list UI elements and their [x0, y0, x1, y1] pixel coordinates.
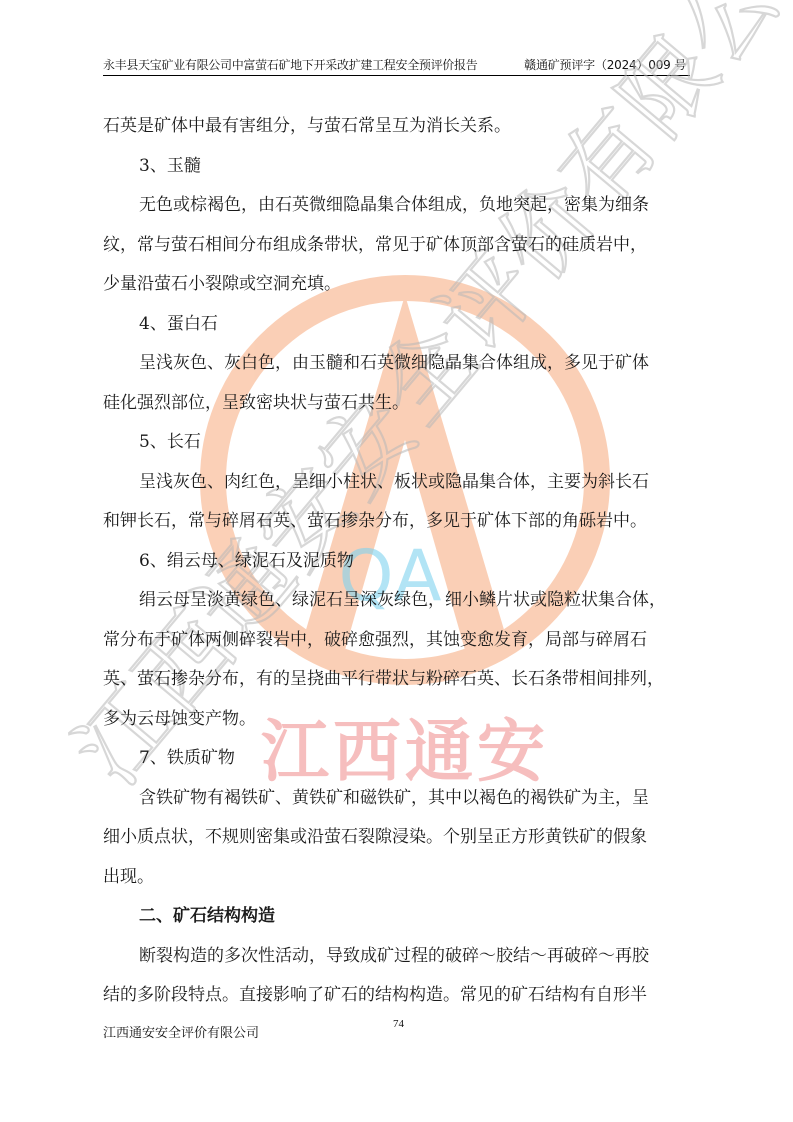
body-paragraph-line: 英、萤石掺杂分布，有的呈挠曲平行带状与粉碎石英、长石条带相间排列，	[103, 660, 691, 700]
body-paragraph-line: 断裂构造的多次性活动，导致成矿过程的破碎～胶结～再破碎～再胶	[103, 937, 691, 977]
body-paragraph-line: 呈浅灰色、肉红色，呈细小柱状、板状或隐晶集合体，主要为斜长石	[103, 463, 691, 503]
document-number: 赣通矿预评字（2024）009 号	[524, 56, 686, 74]
document-page: 永丰县天宝矿业有限公司中富萤石矿地下开采改扩建工程安全预评价报告 赣通矿预评字（…	[0, 0, 793, 1122]
body-paragraph-line: 硅化强烈部位，呈致密块状与萤石共生。	[103, 384, 691, 424]
body-paragraph-line: 细小质点状，不规则密集或沿萤石裂隙浸染。个别呈正方形黄铁矿的假象	[103, 818, 691, 858]
body-paragraph-line: 石英是矿体中最有害组分，与萤石常呈互为消长关系。	[103, 107, 691, 147]
subheading: 7、铁质矿物	[103, 739, 691, 779]
body-paragraph-line: 纹，常与萤石相间分布组成条带状，常见于矿体顶部含萤石的硅质岩中，	[103, 226, 691, 266]
body-paragraph-line: 多为云母蚀变产物。	[103, 700, 691, 740]
report-title: 永丰县天宝矿业有限公司中富萤石矿地下开采改扩建工程安全预评价报告	[103, 56, 477, 74]
body-paragraph-line: 少量沿萤石小裂隙或空洞充填。	[103, 265, 691, 305]
subheading: 6、绢云母、绿泥石及泥质物	[103, 542, 691, 582]
body-paragraph-line: 绢云母呈淡黄绿色、绿泥石呈深灰绿色，细小鳞片状或隐粒状集合体，	[103, 581, 691, 621]
document-body: 石英是矿体中最有害组分，与萤石常呈互为消长关系。3、玉髓无色或棕褐色，由石英微细…	[103, 107, 691, 1016]
subheading: 4、蛋白石	[103, 305, 691, 345]
body-paragraph-line: 含铁矿物有褐铁矿、黄铁矿和磁铁矿，其中以褐色的褐铁矿为主，呈	[103, 779, 691, 819]
section-heading: 二、矿石结构构造	[103, 897, 691, 937]
body-paragraph-line: 无色或棕褐色，由石英微细隐晶集合体组成，负地突起，密集为细条	[103, 186, 691, 226]
body-paragraph-line: 结的多阶段特点。直接影响了矿石的结构构造。常见的矿石结构有自形半	[103, 976, 691, 1016]
body-paragraph-line: 出现。	[103, 858, 691, 898]
body-paragraph-line: 和钾长石，常与碎屑石英、萤石掺杂分布，多见于矿体下部的角砾岩中。	[103, 502, 691, 542]
subheading: 5、长石	[103, 423, 691, 463]
subheading: 3、玉髓	[103, 147, 691, 187]
body-paragraph-line: 常分布于矿体两侧碎裂岩中，破碎愈强烈，其蚀变愈发育，局部与碎屑石	[103, 621, 691, 661]
body-paragraph-line: 呈浅灰色、灰白色，由玉髓和石英微细隐晶集合体组成，多见于矿体	[103, 344, 691, 384]
page-number: 74	[393, 1018, 404, 1030]
footer-company: 江西通安安全评价有限公司	[103, 1022, 259, 1041]
page-header: 永丰县天宝矿业有限公司中富萤石矿地下开采改扩建工程安全预评价报告 赣通矿预评字（…	[103, 56, 690, 76]
